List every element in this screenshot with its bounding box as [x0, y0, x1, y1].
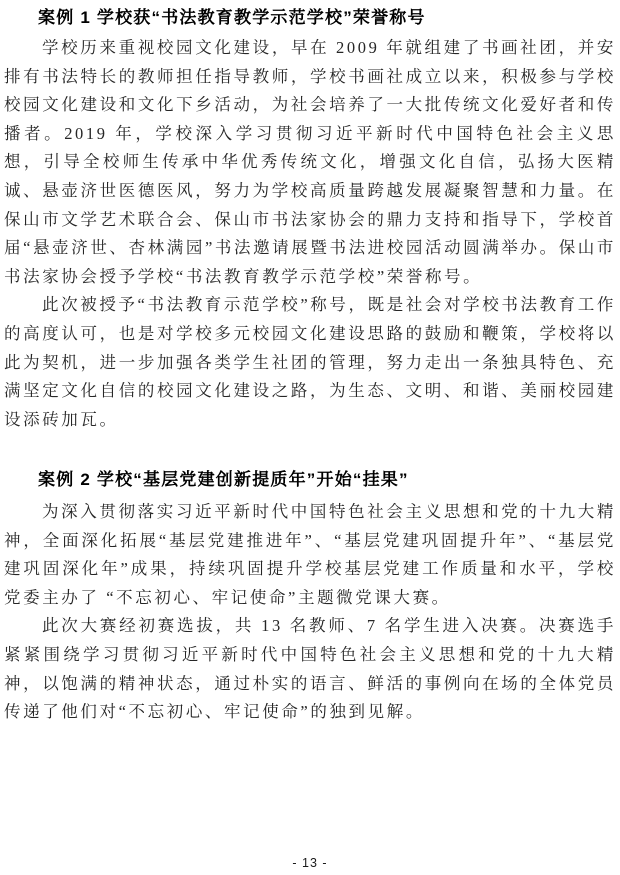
case-2-paragraph-1: 为深入贯彻落实习近平新时代中国特色社会主义思想和党的十九大精神，全面深化拓展“基…: [4, 498, 616, 612]
page-number: - 13 -: [0, 856, 620, 870]
case-2-heading: 案例 2 学校“基层党建创新提质年”开始“挂果”: [38, 468, 614, 491]
case-2-body: 为深入贯彻落实习近平新时代中国特色社会主义思想和党的十九大精神，全面深化拓展“基…: [4, 498, 616, 727]
case-1-heading: 案例 1 学校获“书法教育教学示范学校”荣誉称号: [38, 6, 614, 29]
document-page: 案例 1 学校获“书法教育教学示范学校”荣誉称号 学校历来重视校园文化建设，早在…: [0, 0, 620, 875]
case-1-paragraph-2: 此次被授予“书法教育示范学校”称号，既是社会对学校书法教育工作的高度认可，也是对…: [4, 291, 616, 434]
case-1-paragraph-1: 学校历来重视校园文化建设，早在 2009 年就组建了书画社团，并安排有书法特长的…: [4, 34, 616, 291]
case-1-body: 学校历来重视校园文化建设，早在 2009 年就组建了书画社团，并安排有书法特长的…: [4, 34, 616, 434]
case-2-paragraph-2: 此次大赛经初赛选拔，共 13 名教师、7 名学生进入决赛。决赛选手紧紧围绕学习贯…: [4, 612, 616, 726]
